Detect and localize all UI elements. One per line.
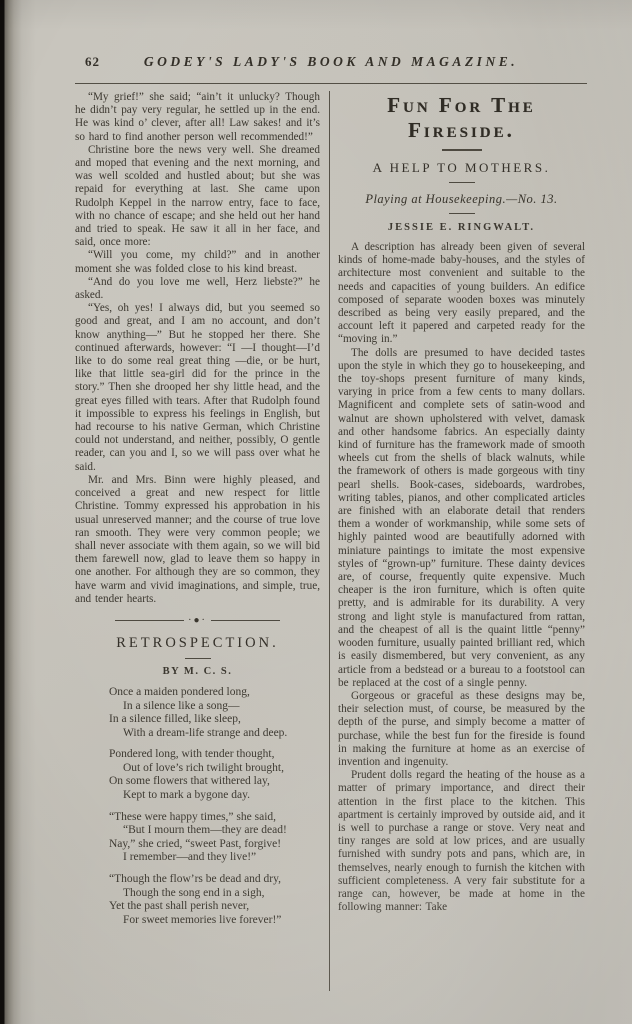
poem-line: Yet the past shall perish never, (109, 900, 320, 914)
article-paragraph: A description has already been given of … (338, 241, 585, 347)
poem-line: “These were happy times,” she said, (109, 811, 320, 825)
poem-stanza: “Though the flow’rs be dead and dry, Tho… (109, 873, 320, 927)
story-paragraph: Christine bore the news very well. She d… (75, 144, 320, 250)
poem-stanza: Once a maiden pondered long, In a silenc… (109, 686, 320, 740)
poem-stanza: Pondered long, with tender thought, Out … (109, 748, 320, 802)
poem-stanza: “These were happy times,” she said, “But… (109, 811, 320, 865)
article-subtitle-rule (449, 213, 475, 214)
poem-line: In a silence filled, like sleep, (109, 713, 320, 727)
article-paragraph: Prudent dolls regard the heating of the … (338, 769, 585, 914)
header-rule (75, 83, 587, 84)
poem-title-rule (185, 658, 211, 659)
article-subtitle: Playing at Housekeeping.—No. 13. (338, 192, 585, 207)
poem-line: Out of love’s rich twilight brought, (109, 762, 320, 776)
poem-line: For sweet memories live forever!” (109, 914, 320, 928)
poem-line: I remember—and they live!” (109, 851, 320, 865)
poem-line: Pondered long, with tender thought, (109, 748, 320, 762)
divider-dot-icon: ·●· (184, 616, 211, 626)
two-column-body: “My grief!” she said; “ain’t it unlucky?… (75, 91, 587, 1021)
story-paragraph: Mr. and Mrs. Binn were highly pleased, a… (75, 474, 320, 606)
divider-line-right (211, 620, 280, 621)
section-divider-ornament: ·●· (115, 615, 280, 627)
poem-line: Though the song end in a sigh, (109, 887, 320, 901)
poem-line: On some flowers that withered lay, (109, 775, 320, 789)
section-title-rule (442, 149, 482, 151)
poem-line: Kept to mark a bygone day. (109, 789, 320, 803)
article-author: JESSIE E. RINGWALT. (338, 222, 585, 233)
divider-line-left (115, 620, 184, 621)
story-paragraph: “Will you come, my child?” and in anothe… (75, 249, 320, 275)
column-divider-rule (329, 91, 330, 991)
poem-title: RETROSPECTION. (75, 635, 320, 652)
poem-line: “Though the flow’rs be dead and dry, (109, 873, 320, 887)
article-title: A HELP TO MOTHERS. (338, 160, 585, 176)
poem-line: Once a maiden pondered long, (109, 686, 320, 700)
poem-line: Nay,” she cried, “sweet Past, forgive! (109, 838, 320, 852)
magazine-page: 62 GODEY'S LADY'S BOOK AND MAGAZINE. “My… (0, 0, 632, 1024)
running-head: 62 GODEY'S LADY'S BOOK AND MAGAZINE. (75, 52, 587, 74)
section-title: Fun For The Fireside. (338, 93, 585, 143)
scanned-page: 62 GODEY'S LADY'S BOOK AND MAGAZINE. “My… (0, 0, 632, 1024)
poem-line: In a silence like a song— (109, 700, 320, 714)
poem-line: “But I mourn them—they are dead! (109, 824, 320, 838)
story-paragraph: “And do you love me well, Herz liebste?”… (75, 276, 320, 302)
right-column: Fun For The Fireside. A HELP TO MOTHERS.… (336, 91, 585, 1021)
story-paragraph: “Yes, oh yes! I always did, but you seem… (75, 302, 320, 474)
article-paragraph: The dolls are presumed to have decided t… (338, 347, 585, 690)
article-title-rule (449, 182, 475, 183)
story-paragraph: “My grief!” she said; “ain’t it unlucky?… (75, 91, 320, 144)
poem-line: With a dream-life strange and deep. (109, 727, 320, 741)
journal-title: GODEY'S LADY'S BOOK AND MAGAZINE. (75, 54, 587, 70)
left-column: “My grief!” she said; “ain’t it unlucky?… (75, 91, 322, 1021)
poem-byline: BY M. C. S. (75, 666, 320, 677)
article-paragraph: Gorgeous or graceful as these designs ma… (338, 690, 585, 769)
